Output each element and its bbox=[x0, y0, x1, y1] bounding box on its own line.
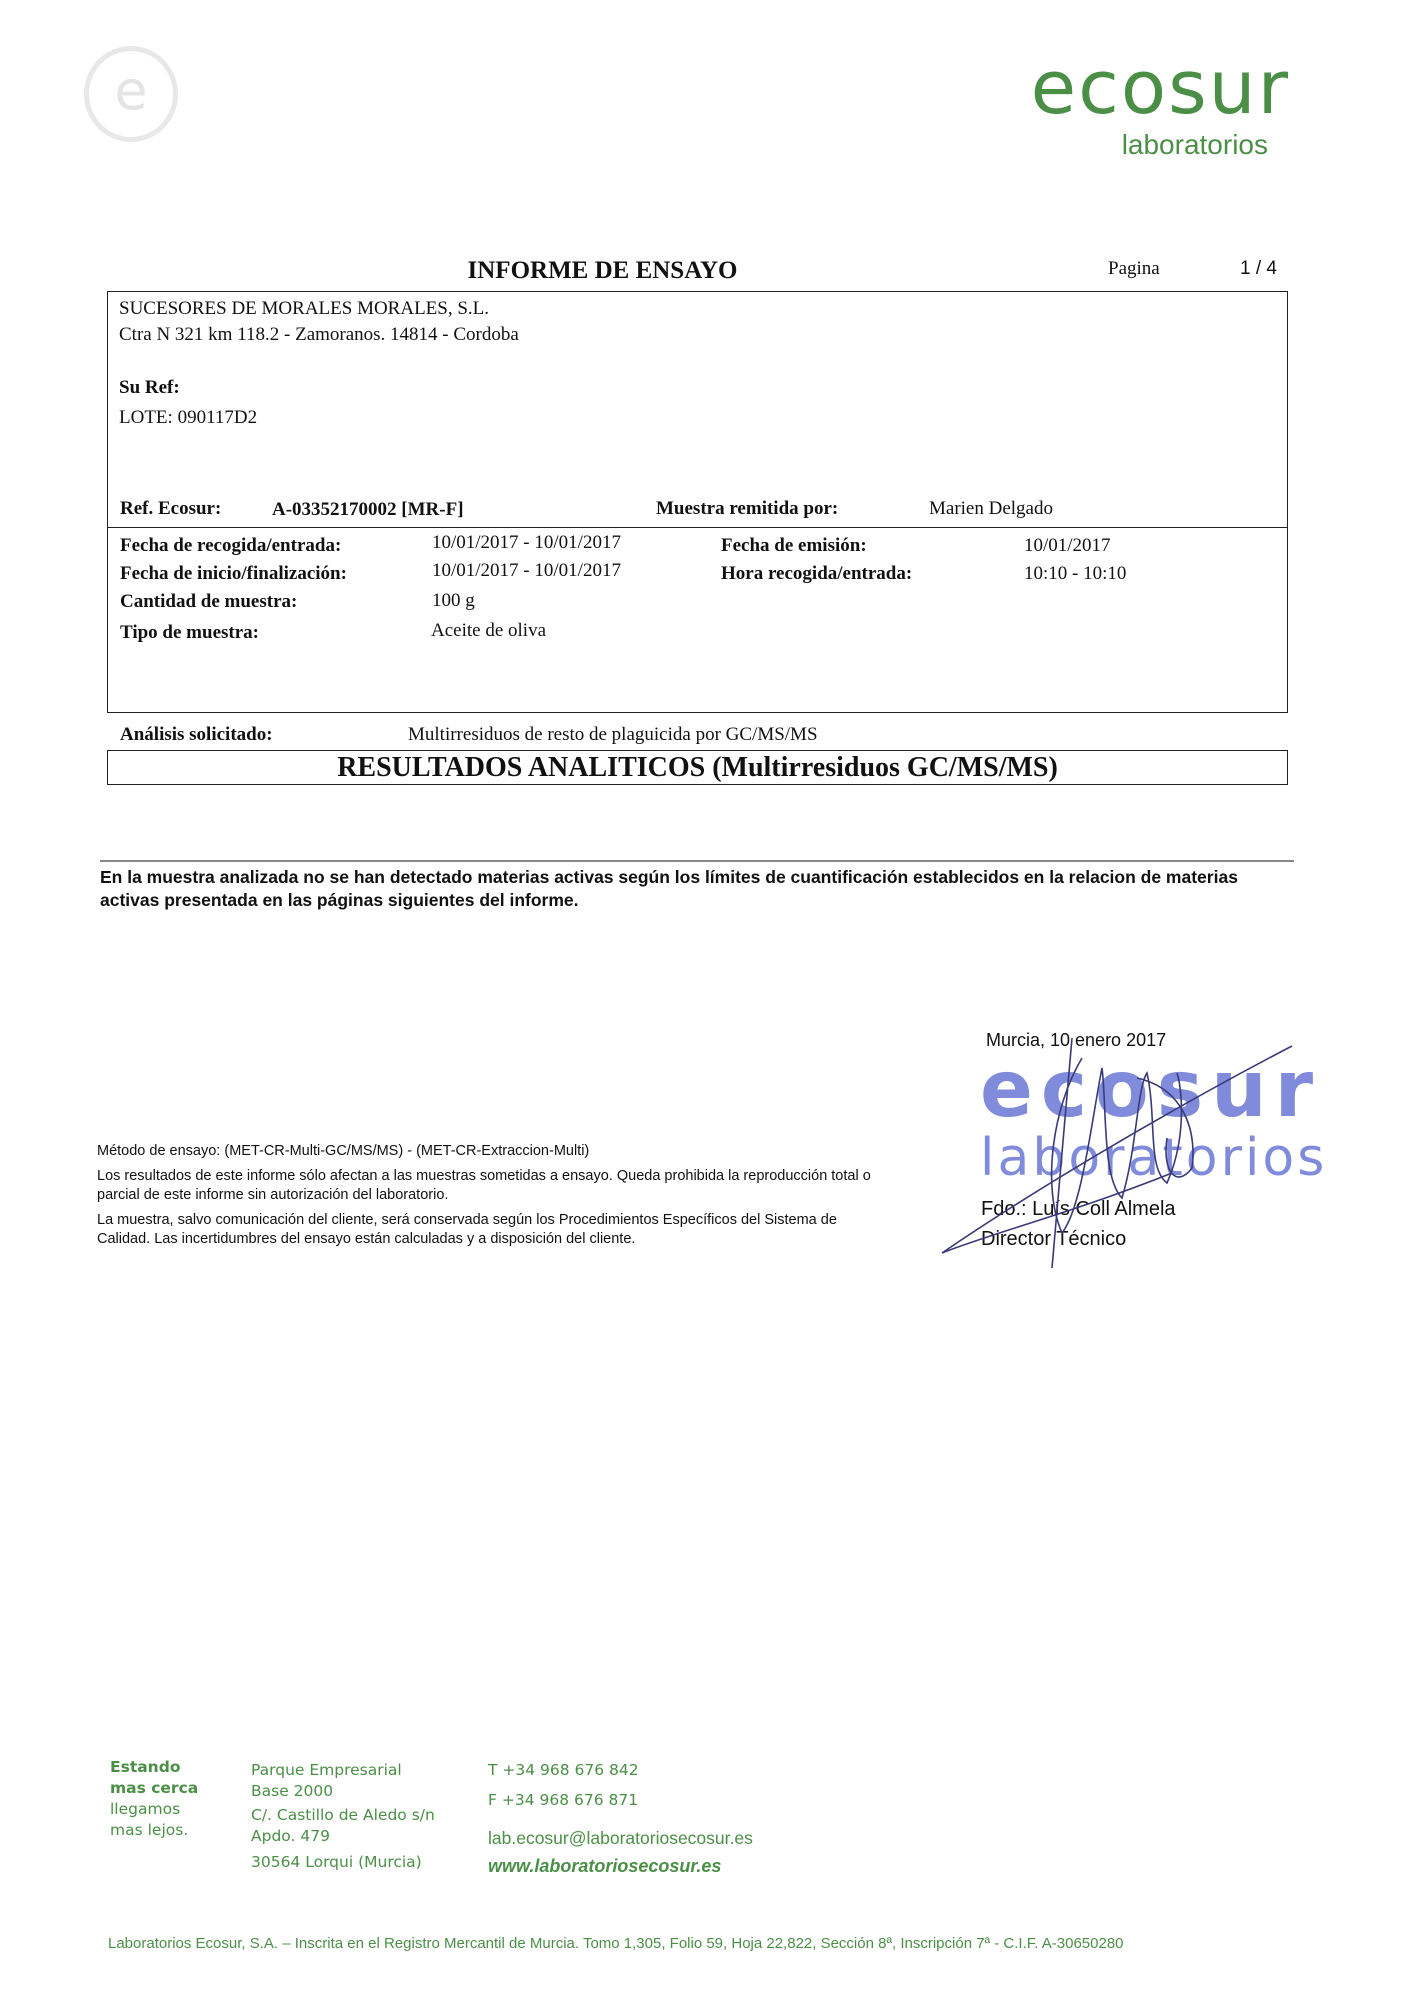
info-divider bbox=[107, 527, 1288, 528]
phone: T +34 968 676 842 bbox=[488, 1760, 888, 1781]
sample-value: Aceite de oliva bbox=[431, 620, 546, 642]
sample-value: 10/01/2017 bbox=[1024, 535, 1111, 557]
results-header-box: RESULTADOS ANALITICOS (Multirresiduos GC… bbox=[107, 750, 1288, 785]
analysis-label: Análisis solicitado: bbox=[120, 724, 273, 746]
watermark-logo-icon: e bbox=[84, 46, 178, 142]
address-line: C/. Castillo de Aledo s/n bbox=[251, 1805, 471, 1826]
address-line: Apdo. 479 bbox=[251, 1826, 471, 1847]
client-name: SUCESORES DE MORALES MORALES, S.L. bbox=[119, 298, 489, 320]
sample-label: Tipo de muestra: bbox=[120, 622, 259, 644]
sample-value: 10/01/2017 - 10/01/2017 bbox=[432, 532, 621, 554]
email-link[interactable]: lab.ecosur@laboratoriosecosur.es bbox=[488, 1828, 888, 1849]
brand-logo: ecosur laboratorios bbox=[990, 48, 1290, 160]
address-line: 30564 Lorqui (Murcia) bbox=[251, 1852, 471, 1873]
sample-label: Fecha de inicio/finalización: bbox=[120, 563, 347, 585]
sample-label: Fecha de emisión: bbox=[721, 535, 867, 557]
page-label: Pagina bbox=[1108, 258, 1160, 280]
brand-name: ecosur bbox=[990, 48, 1290, 128]
footer-slogan: Estando mas cerca llegamos mas lejos. bbox=[110, 1757, 270, 1841]
ref-ecosur-value: A-03352170002 [MR-F] bbox=[272, 499, 464, 521]
stamp-brand: ecosur bbox=[980, 1050, 1321, 1130]
sample-label: Hora recogida/entrada: bbox=[721, 563, 912, 585]
sample-value: 10/01/2017 - 10/01/2017 bbox=[432, 560, 621, 582]
place-date: Murcia, 10 enero 2017 bbox=[986, 1030, 1166, 1051]
address-line: Base 2000 bbox=[251, 1781, 471, 1802]
slogan-line: Estando bbox=[110, 1757, 270, 1778]
scope-note: Los resultados de este informe sólo afec… bbox=[97, 1167, 877, 1205]
retention-note: La muestra, salvo comunicación del clien… bbox=[97, 1211, 877, 1249]
footer-address: Parque Empresarial Base 2000 C/. Castill… bbox=[251, 1760, 471, 1873]
signer: Fdo.: Luís Coll Almela Director Técnico bbox=[981, 1194, 1176, 1254]
su-ref-value: LOTE: 090117D2 bbox=[119, 407, 257, 429]
footer-contact: T +34 968 676 842 F +34 968 676 871 lab.… bbox=[488, 1760, 888, 1877]
address-line: Parque Empresarial bbox=[251, 1760, 471, 1781]
method-note: Método de ensayo: (MET-CR-Multi-GC/MS/MS… bbox=[97, 1142, 877, 1161]
website-link[interactable]: www.laboratoriosecosur.es bbox=[488, 1856, 888, 1877]
legal-notice: Laboratorios Ecosur, S.A. – Inscrita en … bbox=[108, 1935, 1124, 1952]
slogan-line: llegamos bbox=[110, 1799, 270, 1820]
report-notes: Método de ensayo: (MET-CR-Multi-GC/MS/MS… bbox=[97, 1142, 877, 1255]
signer-role: Director Técnico bbox=[981, 1224, 1176, 1254]
report-title: INFORME DE ENSAYO bbox=[0, 257, 1205, 285]
slogan-line: mas lejos. bbox=[110, 1820, 270, 1841]
brand-subtitle: laboratorios bbox=[990, 130, 1290, 160]
page-number: 1 / 4 bbox=[1240, 258, 1277, 280]
stamp-subtitle: laboratorios bbox=[980, 1130, 1327, 1186]
sender-value: Marien Delgado bbox=[929, 498, 1053, 520]
fax: F +34 968 676 871 bbox=[488, 1790, 888, 1811]
su-ref-label: Su Ref: bbox=[119, 377, 180, 399]
sample-label: Fecha de recogida/entrada: bbox=[120, 535, 341, 557]
sample-value: 10:10 - 10:10 bbox=[1024, 563, 1126, 585]
ref-ecosur-label: Ref. Ecosur: bbox=[120, 498, 221, 520]
client-address: Ctra N 321 km 118.2 - Zamoranos. 14814 -… bbox=[119, 324, 519, 346]
slogan-line: mas cerca bbox=[110, 1778, 270, 1799]
results-title: RESULTADOS ANALITICOS (Multirresiduos GC… bbox=[337, 752, 1058, 783]
section-rule bbox=[100, 860, 1294, 862]
analysis-value: Multirresiduos de resto de plaguicida po… bbox=[408, 724, 818, 746]
sample-value: 100 g bbox=[432, 590, 475, 612]
signer-name: Fdo.: Luís Coll Almela bbox=[981, 1194, 1176, 1224]
results-statement: En la muestra analizada no se han detect… bbox=[100, 866, 1300, 912]
sender-label: Muestra remitida por: bbox=[656, 498, 838, 520]
sample-label: Cantidad de muestra: bbox=[120, 591, 297, 613]
